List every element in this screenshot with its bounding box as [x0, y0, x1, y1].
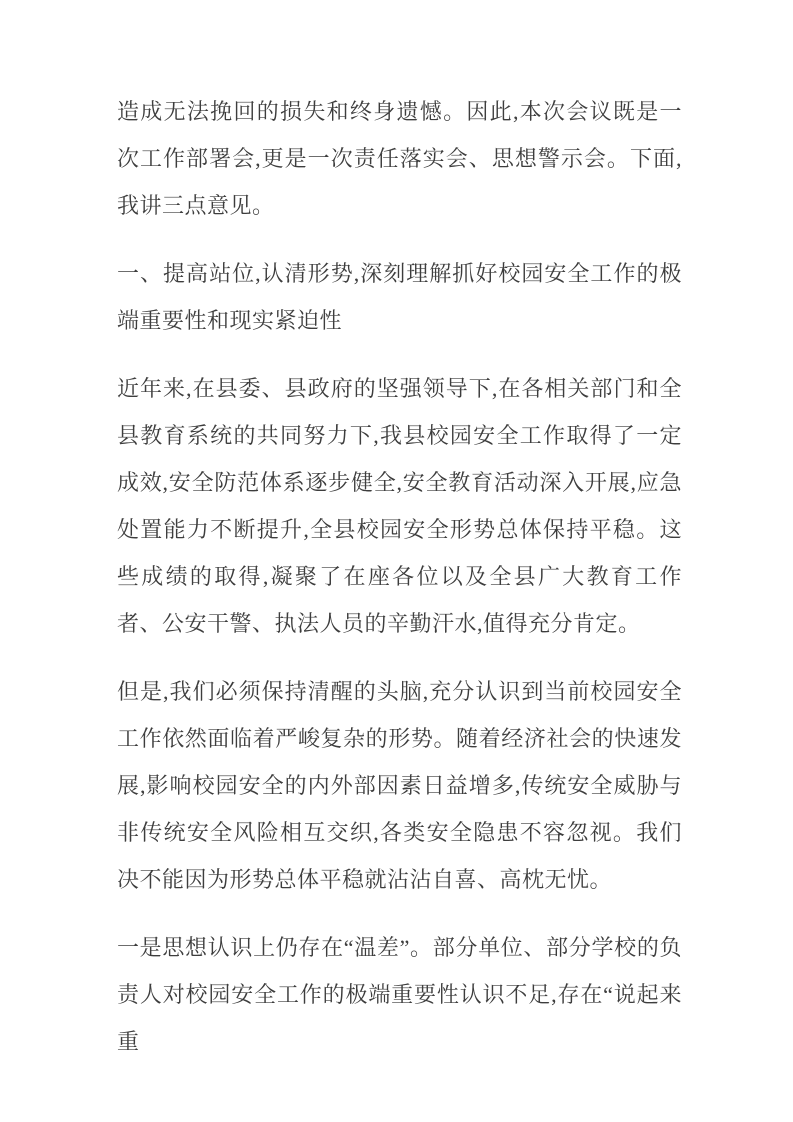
document-content: 造成无法挽回的损失和终身遗憾。因此,本次会议既是一次工作部署会,更是一次责任落实… — [117, 88, 682, 1065]
paragraph-achievements: 近年来,在县委、县政府的坚强领导下,在各相关部门和全县教育系统的共同努力下,我县… — [117, 365, 682, 647]
section-heading-1: 一、提高站位,认清形势,深刻理解抓好校园安全工作的极端重要性和现实紧迫性 — [117, 250, 682, 344]
paragraph-challenges: 但是,我们必须保持清醒的头脑,充分认识到当前校园安全工作依然面临着严峻复杂的形势… — [117, 668, 682, 903]
paragraph-continuation: 造成无法挽回的损失和终身遗憾。因此,本次会议既是一次工作部署会,更是一次责任落实… — [117, 88, 682, 229]
paragraph-point-one: 一是思想认识上仍存在“温差”。部分单位、部分学校的负责人对校园安全工作的极端重要… — [117, 924, 682, 1065]
document-page: 造成无法挽回的损失和终身遗憾。因此,本次会议既是一次工作部署会,更是一次责任落实… — [0, 0, 793, 1122]
